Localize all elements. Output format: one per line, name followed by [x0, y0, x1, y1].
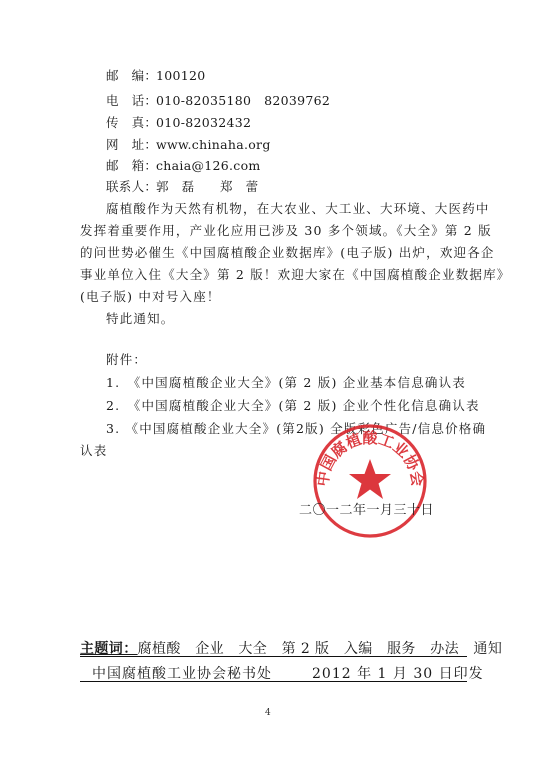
attachment-item: 3. 《中国腐植酸企业大全》(第2版) 全版彩色广告/信息价格确	[106, 419, 486, 437]
contact-value: 010-82035180 82039762	[156, 93, 330, 108]
contact-value: 郭 磊 郑 蕾	[156, 179, 258, 194]
contact-phone: 电 话：010-82035180 82039762	[106, 91, 330, 109]
star-icon	[349, 459, 391, 499]
body-line: (电子版) 中对号入座！	[80, 287, 221, 305]
official-seal-icon: 中国腐植酸工业协会	[312, 423, 428, 539]
contact-fax: 传 真：010-82032432	[106, 113, 251, 131]
attachments-title: 附件：	[106, 350, 147, 368]
contact-value: 100120	[156, 68, 206, 83]
contact-label: 邮 编：	[106, 66, 156, 84]
contact-value: www.chinaha.org	[156, 137, 271, 152]
issue-date: 2012 年 1 月 30 日印发	[312, 663, 484, 683]
issuer: 中国腐植酸工业协会秘书处	[92, 663, 272, 683]
contact-value: 010-82032432	[156, 115, 251, 130]
attachment-item-wrap: 认表	[80, 441, 107, 459]
keywords-label: 主题词：	[80, 641, 138, 657]
closing-text: 特此通知。	[106, 309, 175, 327]
contact-label: 传 真：	[106, 113, 156, 131]
contact-label: 电 话：	[106, 91, 156, 109]
keywords-text: 腐植酸 企业 大全 第 2 版 入编 服务 办法 通知	[138, 641, 503, 657]
signature-date: 二〇一二年一月三十日	[299, 499, 434, 518]
contact-person: 联系人：郭 磊 郑 蕾	[106, 177, 258, 195]
contact-website: 网 址：www.chinaha.org	[106, 135, 271, 153]
body-line: 腐植酸作为天然有机物，在大农业、大工业、大环境、大医药中	[106, 199, 490, 217]
body-line: 的问世势必催生《中国腐植酸企业数据库》(电子版) 出炉，欢迎各企	[80, 243, 495, 261]
keywords-line: 主题词：腐植酸 企业 大全 第 2 版 入编 服务 办法 通知	[80, 638, 502, 658]
contact-label: 邮 箱：	[106, 156, 156, 174]
contact-email: 邮 箱：chaia@126.com	[106, 156, 261, 174]
page-number: 4	[265, 708, 271, 718]
contact-label: 联系人：	[106, 177, 156, 195]
body-line: 事业单位入住《大全》第 2 版！欢迎大家在《中国腐植酸企业数据库》	[80, 265, 511, 283]
divider-rule	[80, 681, 467, 682]
attachment-item: 2. 《中国腐植酸企业大全》(第 2 版) 企业个性化信息确认表	[106, 396, 480, 414]
contact-postcode: 邮 编：100120	[106, 66, 206, 84]
attachment-item: 1. 《中国腐植酸企业大全》(第 2 版) 企业基本信息确认表	[106, 373, 466, 391]
contact-label: 网 址：	[106, 135, 156, 153]
body-line: 发挥着重要作用，产业化应用已涉及 30 多个领域。《大全》第 2 版	[80, 221, 492, 239]
contact-value: chaia@126.com	[156, 158, 261, 173]
divider-rule	[80, 656, 467, 657]
